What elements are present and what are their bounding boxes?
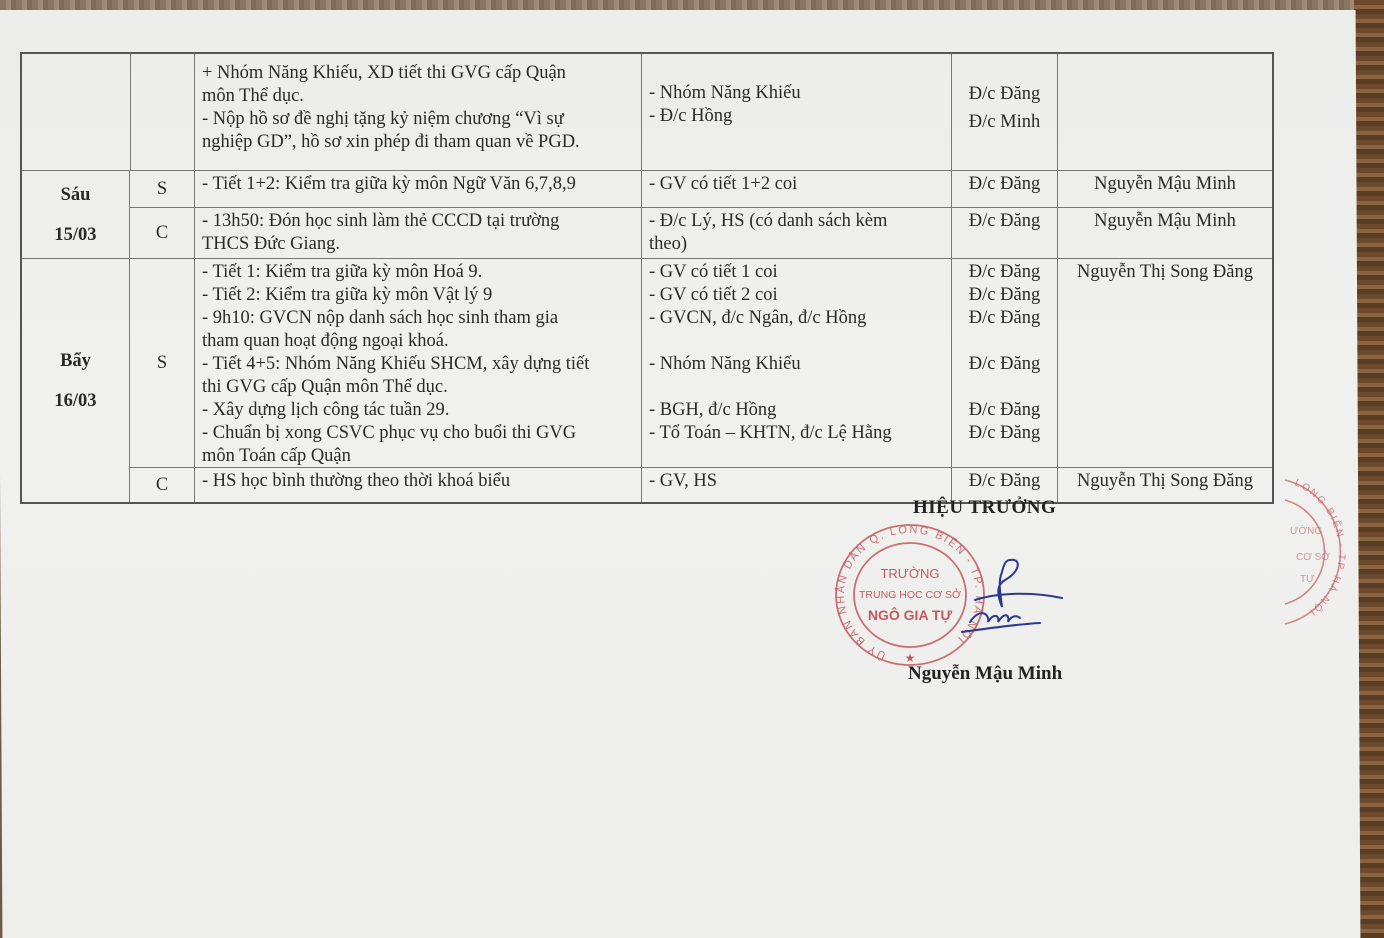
text-line: - GV, HS <box>649 470 944 493</box>
text-line: Đ/c Đăng <box>959 173 1050 196</box>
text-line: THCS Đức Giang. <box>202 233 634 256</box>
text-line: Đ/c Minh <box>959 108 1050 136</box>
session-cell: S <box>130 259 194 467</box>
text-line: - Nhóm Năng Khiếu <box>649 82 944 105</box>
day-cell: Sáu 15/03 <box>22 171 130 258</box>
day-date: 16/03 <box>54 381 96 421</box>
svg-text:TỰ: TỰ <box>1300 574 1315 585</box>
text-line: - Tiết 2: Kiểm tra giữa kỳ môn Vật lý 9 <box>202 284 634 307</box>
lead-cell: Đ/c Đăng <box>951 171 1057 207</box>
activities-cell: - HS học bình thường theo thời khoá biểu <box>194 468 641 502</box>
lead-cell: Đ/c ĐăngĐ/c Minh <box>951 54 1057 170</box>
text-line <box>959 376 1050 399</box>
activities-cell: - Tiết 1+2: Kiểm tra giữa kỳ môn Ngữ Văn… <box>194 171 641 207</box>
text-line: - GV có tiết 1 coi <box>649 261 944 284</box>
text-line: - Tiết 1: Kiểm tra giữa kỳ môn Hoá 9. <box>202 261 634 284</box>
text-line: - Tổ Toán – KHTN, đ/c Lệ Hằng <box>649 422 944 445</box>
text-line <box>959 330 1050 353</box>
duty-cell <box>1057 54 1272 170</box>
text-line: nghiệp GD”, hồ sơ xin phép đi tham quan … <box>202 131 634 154</box>
text-line: - GV có tiết 2 coi <box>649 284 944 307</box>
text-line: môn Toán cấp Quận <box>202 445 634 468</box>
text-line: Đ/c Đăng <box>959 399 1050 422</box>
day-cell-empty <box>22 54 130 170</box>
text-line: - Tiết 4+5: Nhóm Năng Khiếu SHCM, xây dự… <box>202 353 634 376</box>
text-line: Đ/c Đăng <box>959 353 1050 376</box>
text-line: Đ/c Đăng <box>959 284 1050 307</box>
session-cell: S <box>130 171 194 207</box>
text-line: - 9h10: GVCN nộp danh sách học sinh tham… <box>202 307 634 330</box>
participants-cell: - GV có tiết 1+2 coi <box>641 171 951 207</box>
text-line: - GVCN, đ/c Ngân, đ/c Hồng <box>649 307 944 330</box>
table-row: S - Tiết 1: Kiểm tra giữa kỳ môn Hoá 9.-… <box>130 259 1272 467</box>
text-line: môn Thể dục. <box>202 85 634 108</box>
session-cell-empty <box>130 54 194 170</box>
duty-cell: Nguyễn Thị Song Đăng <box>1057 259 1272 467</box>
session-cell: C <box>130 468 194 502</box>
text-line: - 13h50: Đón học sinh làm thẻ CCCD tại t… <box>202 210 634 233</box>
day-name: Sáu <box>61 175 91 215</box>
text-line: - Đ/c Lý, HS (có danh sách kèm <box>649 210 944 233</box>
duty-cell: Nguyễn Mậu Minh <box>1057 171 1272 207</box>
text-line: - BGH, đ/c Hồng <box>649 399 944 422</box>
svg-text:ƯỜNG: ƯỜNG <box>1290 524 1322 537</box>
text-line: - Nộp hồ sơ đề nghị tặng kỷ niệm chương … <box>202 108 634 131</box>
participants-cell: - Nhóm Năng Khiếu- Đ/c Hồng <box>641 54 951 170</box>
svg-text:CƠ SỞ: CƠ SỞ <box>1296 550 1330 563</box>
session-cell: C <box>130 208 194 258</box>
activities-cell: - 13h50: Đón học sinh làm thẻ CCCD tại t… <box>194 208 641 258</box>
day-cell: Bẩy 16/03 <box>22 259 130 502</box>
table-row: C - 13h50: Đón học sinh làm thẻ CCCD tại… <box>130 207 1272 258</box>
text-line: - Đ/c Hồng <box>649 105 944 128</box>
text-line: Đ/c Đăng <box>959 80 1050 108</box>
text-line: Đ/c Đăng <box>959 261 1050 284</box>
text-line: thi GVG cấp Quận môn Thể dục. <box>202 376 634 399</box>
signatory-name: Nguyễn Mậu Minh <box>908 663 1062 685</box>
text-line: - HS học bình thường theo thời khoá biểu <box>202 470 634 493</box>
table-row: C - HS học bình thường theo thời khoá bi… <box>130 467 1272 502</box>
schedule-table: + Nhóm Năng Khiếu, XD tiết thi GVG cấp Q… <box>20 52 1274 504</box>
duty-cell: Nguyễn Mậu Minh <box>1057 208 1272 258</box>
text-line: Đ/c Đăng <box>959 422 1050 445</box>
lead-cell: Đ/c Đăng <box>951 208 1057 258</box>
text-line: - Xây dựng lịch công tác tuần 29. <box>202 399 634 422</box>
signature-block: HIỆU TRƯỞNG ỦY BAN NHÂN DÂN Q. LONG BIÊN… <box>830 497 1090 697</box>
svg-text:TRƯỜNG: TRƯỜNG <box>880 566 939 581</box>
handwritten-signature-icon <box>940 552 1080 642</box>
partial-stamp-icon: LONG BIÊN - TP HÀ NỘI ƯỜNG CƠ SỞ TỰ <box>1280 472 1360 632</box>
text-line: tham quan hoạt động ngoại khoá. <box>202 330 634 353</box>
text-line <box>649 376 944 399</box>
day-name: Bẩy <box>60 341 91 381</box>
text-line: - GV có tiết 1+2 coi <box>649 173 944 196</box>
table-row: S - Tiết 1+2: Kiểm tra giữa kỳ môn Ngữ V… <box>130 171 1272 207</box>
day-date: 15/03 <box>54 215 96 255</box>
text-line: + Nhóm Năng Khiếu, XD tiết thi GVG cấp Q… <box>202 62 634 85</box>
signature-title: HIỆU TRƯỞNG <box>913 497 1056 519</box>
text-line: - Tiết 1+2: Kiểm tra giữa kỳ môn Ngữ Văn… <box>202 173 634 196</box>
text-line: Đ/c Đăng <box>959 210 1050 233</box>
text-line: Đ/c Đăng <box>959 307 1050 330</box>
participants-cell: - GV có tiết 1 coi- GV có tiết 2 coi- GV… <box>641 259 951 467</box>
activities-cell: + Nhóm Năng Khiếu, XD tiết thi GVG cấp Q… <box>194 54 641 170</box>
table-row-continuation: + Nhóm Năng Khiếu, XD tiết thi GVG cấp Q… <box>22 54 1272 170</box>
text-line: theo) <box>649 233 944 256</box>
activities-cell: - Tiết 1: Kiểm tra giữa kỳ môn Hoá 9.- T… <box>194 259 641 467</box>
lead-cell: Đ/c ĐăngĐ/c ĐăngĐ/c Đăng Đ/c Đăng Đ/c Đă… <box>951 259 1057 467</box>
participants-cell: - Đ/c Lý, HS (có danh sách kèmtheo) <box>641 208 951 258</box>
day-group-saturday: Bẩy 16/03 S - Tiết 1: Kiểm tra giữa kỳ m… <box>22 258 1272 502</box>
text-line <box>649 330 944 353</box>
text-line: Đ/c Đăng <box>959 470 1050 493</box>
text-line: - Nhóm Năng Khiếu <box>649 353 944 376</box>
text-line: - Chuẩn bị xong CSVC phục vụ cho buổi th… <box>202 422 634 445</box>
day-group-friday: Sáu 15/03 S - Tiết 1+2: Kiểm tra giữa kỳ… <box>22 170 1272 258</box>
